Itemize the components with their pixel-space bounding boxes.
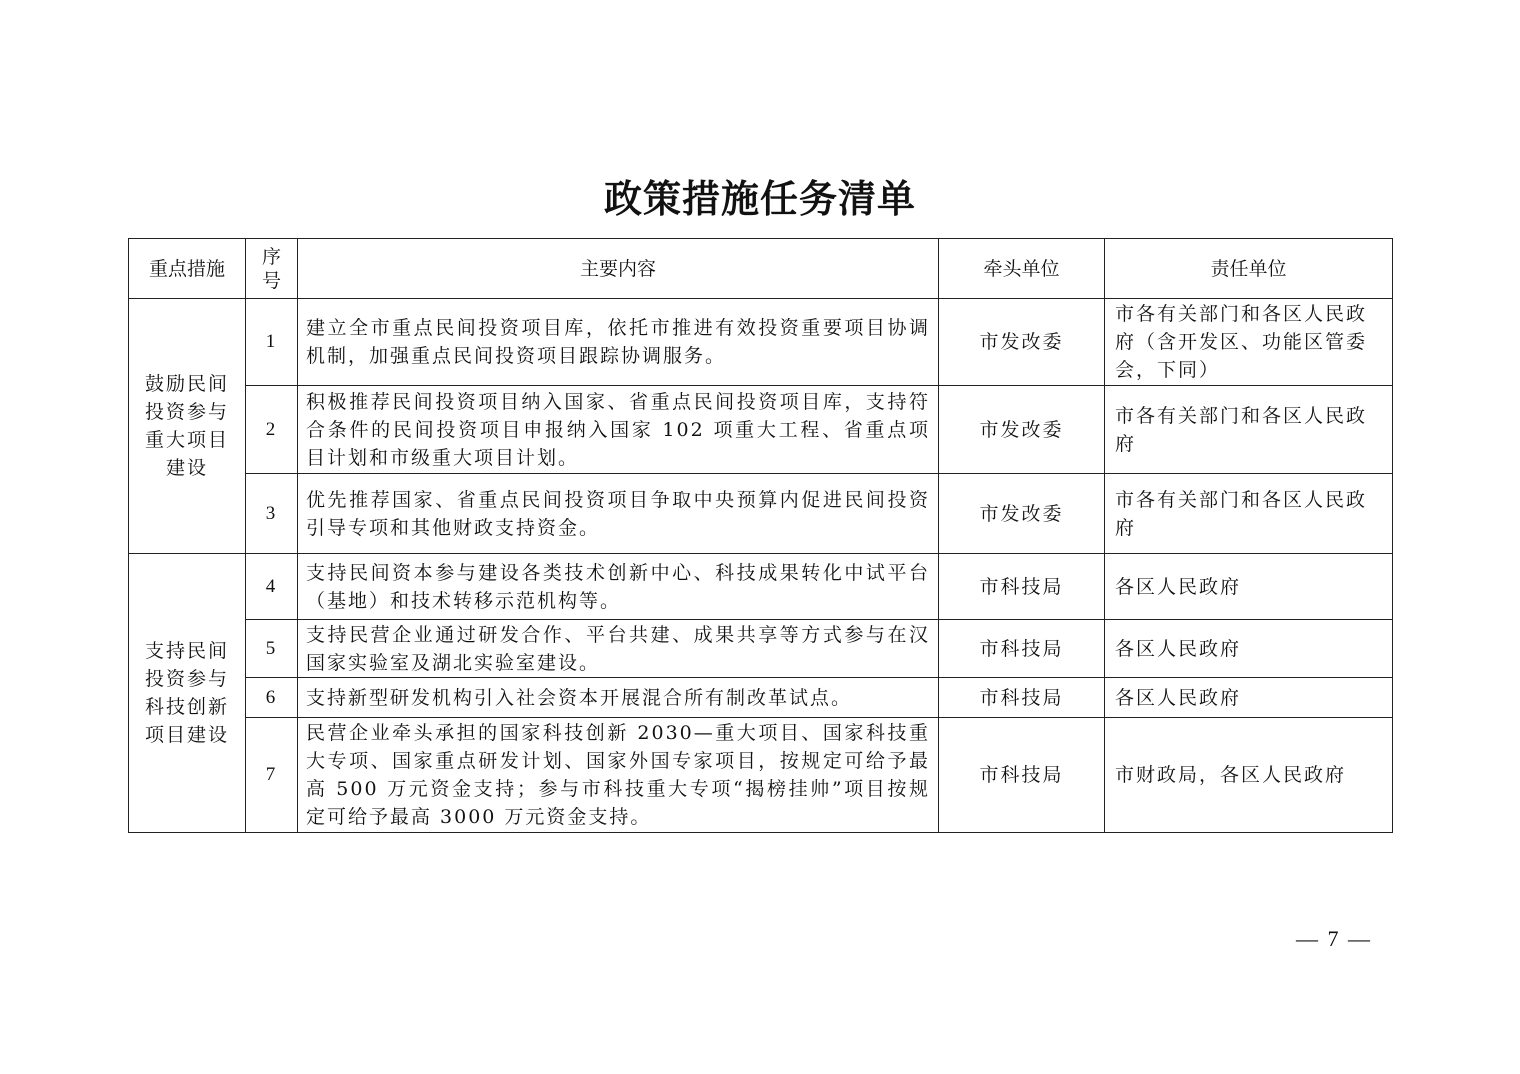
lead-unit-cell: 市科技局 bbox=[939, 554, 1105, 620]
seq-cell: 5 bbox=[246, 620, 298, 678]
lead-unit-cell: 市科技局 bbox=[939, 718, 1105, 833]
document-title: 政策措施任务清单 bbox=[0, 168, 1520, 223]
content-cell: 建立全市重点民间投资项目库，依托市推进有效投资重要项目协调机制，加强重点民间投资… bbox=[298, 299, 939, 386]
table-row: 6 支持新型研发机构引入社会资本开展混合所有制改革试点。 市科技局 各区人民政府 bbox=[129, 678, 1393, 718]
page-number: — 7 — bbox=[1296, 926, 1372, 952]
seq-cell: 4 bbox=[246, 554, 298, 620]
responsible-unit-cell: 市各有关部门和各区人民政府 bbox=[1105, 386, 1393, 474]
header-row: 重点措施 序号 主要内容 牵头单位 责任单位 bbox=[129, 239, 1393, 299]
header-responsible: 责任单位 bbox=[1105, 239, 1393, 299]
measure-cell: 鼓励民间投资参与重大项目建设 bbox=[129, 299, 246, 554]
lead-unit-cell: 市科技局 bbox=[939, 620, 1105, 678]
table-row: 支持民间投资参与科技创新项目建设 4 支持民间资本参与建设各类技术创新中心、科技… bbox=[129, 554, 1393, 620]
header-lead: 牵头单位 bbox=[939, 239, 1105, 299]
content-cell: 优先推荐国家、省重点民间投资项目争取中央预算内促进民间投资引导专项和其他财政支持… bbox=[298, 474, 939, 554]
content-cell: 支持民营企业通过研发合作、平台共建、成果共享等方式参与在汉国家实验室及湖北实验室… bbox=[298, 620, 939, 678]
table-row: 5 支持民营企业通过研发合作、平台共建、成果共享等方式参与在汉国家实验室及湖北实… bbox=[129, 620, 1393, 678]
responsible-unit-cell: 各区人民政府 bbox=[1105, 620, 1393, 678]
lead-unit-cell: 市发改委 bbox=[939, 386, 1105, 474]
lead-unit-cell: 市发改委 bbox=[939, 299, 1105, 386]
header-measure: 重点措施 bbox=[129, 239, 246, 299]
responsible-unit-cell: 各区人民政府 bbox=[1105, 554, 1393, 620]
header-content: 主要内容 bbox=[298, 239, 939, 299]
table-row: 3 优先推荐国家、省重点民间投资项目争取中央预算内促进民间投资引导专项和其他财政… bbox=[129, 474, 1393, 554]
content-cell: 民营企业牵头承担的国家科技创新 2030—重大项目、国家科技重大专项、国家重点研… bbox=[298, 718, 939, 833]
task-table: 重点措施 序号 主要内容 牵头单位 责任单位 鼓励民间投资参与重大项目建设 1 … bbox=[128, 238, 1393, 833]
seq-cell: 1 bbox=[246, 299, 298, 386]
responsible-unit-cell: 各区人民政府 bbox=[1105, 678, 1393, 718]
content-cell: 支持新型研发机构引入社会资本开展混合所有制改革试点。 bbox=[298, 678, 939, 718]
seq-cell: 3 bbox=[246, 474, 298, 554]
lead-unit-cell: 市发改委 bbox=[939, 474, 1105, 554]
responsible-unit-cell: 市财政局，各区人民政府 bbox=[1105, 718, 1393, 833]
seq-cell: 6 bbox=[246, 678, 298, 718]
seq-cell: 7 bbox=[246, 718, 298, 833]
responsible-unit-cell: 市各有关部门和各区人民政府（含开发区、功能区管委会，下同） bbox=[1105, 299, 1393, 386]
seq-cell: 2 bbox=[246, 386, 298, 474]
header-seq: 序号 bbox=[246, 239, 298, 299]
lead-unit-cell: 市科技局 bbox=[939, 678, 1105, 718]
table-row: 鼓励民间投资参与重大项目建设 1 建立全市重点民间投资项目库，依托市推进有效投资… bbox=[129, 299, 1393, 386]
table-row: 2 积极推荐民间投资项目纳入国家、省重点民间投资项目库，支持符合条件的民间投资项… bbox=[129, 386, 1393, 474]
content-cell: 支持民间资本参与建设各类技术创新中心、科技成果转化中试平台（基地）和技术转移示范… bbox=[298, 554, 939, 620]
content-cell: 积极推荐民间投资项目纳入国家、省重点民间投资项目库，支持符合条件的民间投资项目申… bbox=[298, 386, 939, 474]
table-row: 7 民营企业牵头承担的国家科技创新 2030—重大项目、国家科技重大专项、国家重… bbox=[129, 718, 1393, 833]
measure-cell: 支持民间投资参与科技创新项目建设 bbox=[129, 554, 246, 833]
responsible-unit-cell: 市各有关部门和各区人民政府 bbox=[1105, 474, 1393, 554]
